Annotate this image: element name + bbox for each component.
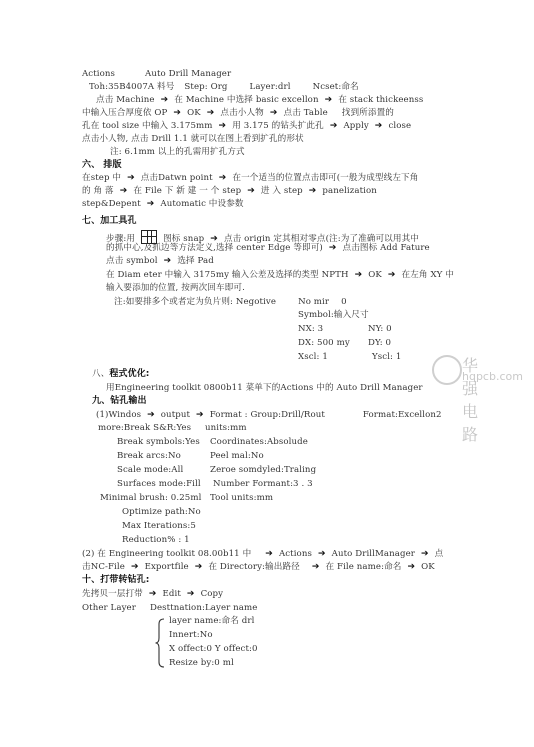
dx-value: DX: 500 my: [298, 338, 368, 349]
text: 在 Diam eter 中输入 3175my 输入公差及选择的类型 NPTH: [106, 270, 349, 280]
text: close: [388, 121, 411, 131]
text: 先拷贝一层打带: [82, 589, 143, 599]
text: Coordinates:Absolude: [210, 437, 308, 447]
intro-line-2: Toh:35B4007A 料号Step: OrgLayer:drlNcset:命…: [89, 82, 359, 93]
text: Desttnation:Layer name: [150, 603, 257, 613]
s9-line-4: Break arcs:NoPeel mal:No: [117, 451, 264, 462]
text: Auto Drill Manager: [145, 69, 231, 79]
text: Automatic 中设参数: [160, 199, 243, 209]
arrow-icon: ➔: [173, 108, 181, 119]
s7-line-5: 输入要添加的位置, 按两次回车即可.: [106, 283, 245, 294]
text: 点击小人物: [220, 108, 263, 118]
s9-line-2: more:Break S&R:Yesunits:mm: [98, 423, 247, 434]
s6-line-2: 的 角 落➔在 File 下 新 建 一 个 step➔进 入 step➔pan…: [82, 186, 377, 197]
text: Actions: [279, 549, 312, 559]
arrow-icon: ➔: [265, 549, 273, 560]
intro-line-6: 点击小人物, 点击 Drill 1.1 就可以在图上看到扩孔的形状: [82, 134, 304, 145]
text: Exportfile: [145, 562, 189, 572]
xscl-value: Xscl: 1: [298, 352, 372, 363]
text: Minimal brush: 0.25ml: [100, 493, 210, 504]
text: Actions: [82, 69, 115, 79]
section-number: 八、: [92, 369, 109, 379]
text: panelization: [322, 186, 377, 196]
section-10-heading: 十、打带转钻孔:: [82, 575, 149, 586]
arrow-icon: ➔: [120, 186, 128, 197]
section-9-heading: 九、钻孔输出: [92, 396, 147, 407]
nx-value: NX: 3: [298, 324, 368, 335]
text: step&Depent: [82, 199, 141, 209]
s6-line-3: step&Depent➔Automatic 中设参数: [82, 199, 244, 210]
intro-line-5: 孔在 tool size 中输入 3.175mm➔用 3.175 的钻头扩此孔➔…: [82, 121, 411, 132]
text: 点击 Table: [284, 108, 328, 118]
section-6-heading: 六、 排版: [82, 160, 122, 171]
s8-line-1: 用Engineering toolkit 0800b11 菜单下的Actions…: [106, 383, 423, 394]
arrow-icon: ➔: [329, 243, 337, 254]
intro-note: 注: 6.1mm 以上的孔需用扩孔方式: [110, 147, 245, 158]
s9-line-9: Max Iterations:5: [122, 521, 196, 532]
arrow-icon: ➔: [131, 562, 139, 573]
text: 点: [435, 549, 444, 559]
s7-line-3: 点击 symbol➔选择 Pad: [106, 256, 214, 267]
text: Peel mal:No: [210, 451, 264, 461]
text: Apply: [343, 121, 368, 131]
text: 点击图标 Add Fature: [343, 243, 430, 253]
text: 孔在 tool size 中输入 3.175mm: [82, 121, 213, 131]
arrow-icon: ➔: [309, 186, 317, 197]
text: 在 Machine 中选择 basic excellon: [174, 95, 318, 105]
arrow-icon: ➔: [127, 173, 135, 184]
yscl-value: Yscl: 1: [372, 352, 401, 362]
s10-line-2: Other LayerDesttnation:Layer name: [82, 603, 257, 614]
s10-line-1: 先拷贝一层打带➔Edit➔Copy: [82, 589, 223, 600]
arrow-icon: ➔: [147, 199, 155, 210]
s9-line-10: Reduction% : 1: [122, 535, 190, 546]
copy-option-offset: X offect:0 Y offect:0: [169, 644, 258, 655]
brace-icon: [155, 618, 165, 668]
intro-line-4: 中输入压合厚度依 OP➔OK➔点击小人物➔点击 Table找到所添置的: [82, 108, 394, 119]
text: OK: [368, 270, 382, 280]
text: (1)Windos: [96, 410, 141, 420]
arrow-icon: ➔: [161, 95, 169, 106]
copy-option-invert: Innert:No: [169, 630, 213, 641]
arrow-icon: ➔: [318, 549, 326, 560]
text: Break arcs:No: [117, 451, 210, 462]
arrow-icon: ➔: [330, 121, 338, 132]
arrow-icon: ➔: [196, 410, 204, 421]
text: 选择 Pad: [177, 256, 214, 266]
arrow-icon: ➔: [421, 549, 429, 560]
s7-line-4: 在 Diam eter 中输入 3175my 输入公差及选择的类型 NPTH➔O…: [106, 270, 454, 281]
text: 点击 Machine: [96, 95, 155, 105]
s7-line-2: 的抓中心,及抓边等方法定义,选择 center Edge 等即可)➔点击图标 A…: [106, 243, 430, 254]
text: Number Formant:3 . 3: [213, 479, 313, 489]
arrow-icon: ➔: [388, 270, 396, 281]
text: 进 入 step: [261, 186, 303, 196]
arrow-icon: ➔: [207, 108, 215, 119]
text: 在 stack thickeenss: [338, 95, 423, 105]
s7-note: 注:如要排多个或者定为负片则: NegotiveNo mir0: [114, 297, 347, 308]
s9-line-12: 击NC-File➔Exportfile➔在 Directory:输出路径➔在 F…: [82, 562, 435, 573]
text: 用 3.175 的钻头扩此孔: [232, 121, 324, 131]
text: 注:如要排多个或者定为负片则: Negotive: [114, 297, 276, 307]
arrow-icon: ➔: [164, 256, 172, 267]
arrow-icon: ➔: [325, 95, 333, 106]
arrow-icon: ➔: [149, 589, 157, 600]
arrow-icon: ➔: [219, 121, 227, 132]
s9-line-1: (1)Windos➔output➔Format : Group:Drill/Ro…: [96, 410, 442, 421]
text: 点击 symbol: [106, 256, 158, 266]
text: 0: [341, 297, 347, 307]
text: 找到所添置的: [342, 108, 394, 118]
s9-line-6: Surfaces mode:FillNumber Formant:3 . 3: [117, 479, 313, 490]
s9-line-3: Break symbols:YesCoordinates:Absolude: [117, 437, 308, 448]
watermark-en: hqpcb.com: [462, 370, 523, 383]
arrow-icon: ➔: [270, 108, 278, 119]
arrow-icon: ➔: [407, 562, 415, 573]
section-title: 程式优化:: [109, 369, 149, 379]
text: No mir: [298, 297, 329, 307]
text: Edit: [163, 589, 181, 599]
watermark-logo-icon: [432, 355, 462, 385]
text: Tool units:mm: [210, 493, 273, 503]
text: 在一个适当的位置点击即可(一般为成型线左下角: [232, 173, 418, 183]
text: 的 角 落: [82, 186, 114, 196]
dy-value: DY: 0: [368, 338, 391, 348]
text: 点击Datwn point: [141, 173, 213, 183]
arrow-icon: ➔: [247, 186, 255, 197]
text: units:mm: [205, 423, 247, 433]
arrow-icon: ➔: [187, 589, 195, 600]
text: Copy: [201, 589, 224, 599]
text: Scale mode:All: [117, 465, 210, 476]
section-7-heading: 七、加工具孔: [82, 216, 137, 227]
text: 中输入压合厚度依 OP: [82, 108, 167, 118]
text: Layer:drl: [250, 82, 291, 92]
copy-option-layer-name: layer name:命名 drl: [169, 616, 254, 627]
arrow-icon: ➔: [375, 121, 383, 132]
text: 的抓中心,及抓边等方法定义,选择 center Edge 等即可): [106, 243, 323, 253]
s9-line-8: Optimize path:No: [122, 507, 201, 518]
s9-line-7: Minimal brush: 0.25mlTool units:mm: [100, 493, 273, 504]
text: 在 File name:命名: [325, 562, 401, 572]
s7-scale: Xscl: 1Yscl: 1: [298, 352, 401, 363]
text: OK: [421, 562, 435, 572]
text: 击NC-File: [82, 562, 125, 572]
text: (2) 在 Engineering toolkit 08.00b11 中: [82, 549, 251, 559]
text: Format : Group:Drill/Rout: [210, 410, 325, 420]
text: 在step 中: [82, 173, 121, 183]
text: Ncset:命名: [313, 82, 359, 92]
text: Auto DrillManager: [332, 549, 415, 559]
text: Step: Org: [184, 82, 227, 92]
s9-line-5: Scale mode:AllZeroe somdyled:Traling: [117, 465, 316, 476]
arrow-icon: ➔: [195, 562, 203, 573]
s6-line-1: 在step 中➔点击Datwn point➔在一个适当的位置点击即可(一般为成型…: [82, 173, 418, 184]
text: 在 Directory:输出路径: [208, 562, 299, 572]
text: 在 File 下 新 建 一 个 step: [133, 186, 241, 196]
text: Toh:35B4007A 料号: [89, 82, 174, 92]
intro-line-3: 点击 Machine➔在 Machine 中选择 basic excellon➔…: [96, 95, 423, 106]
watermark-cn: 华强电路: [462, 353, 479, 445]
intro-line-1: ActionsAuto Drill Manager: [82, 69, 231, 80]
text: output: [161, 410, 190, 420]
text: Zeroe somdyled:Traling: [210, 465, 316, 475]
text: OK: [187, 108, 201, 118]
s7-dx-dy: DX: 500 myDY: 0: [298, 338, 391, 349]
text: Break symbols:Yes: [117, 437, 210, 448]
section-8-heading: 八、程式优化:: [92, 369, 150, 380]
snap-grid-icon: [141, 230, 157, 244]
text: Other Layer: [82, 603, 150, 614]
arrow-icon: ➔: [312, 562, 320, 573]
s7-symbol: Symbol:输入尺寸: [298, 310, 369, 321]
arrow-icon: ➔: [219, 173, 227, 184]
s9-line-11: (2) 在 Engineering toolkit 08.00b11 中➔Act…: [82, 549, 443, 560]
arrow-icon: ➔: [147, 410, 155, 421]
ny-value: NY: 0: [368, 324, 392, 334]
s7-nx-ny: NX: 3NY: 0: [298, 324, 392, 335]
text: Format:Excellon2: [363, 410, 442, 420]
text: more:Break S&R:Yes: [98, 423, 205, 434]
arrow-icon: ➔: [355, 270, 363, 281]
text: 在左角 XY 中: [402, 270, 454, 280]
text: Surfaces mode:Fill: [117, 479, 213, 490]
copy-option-resize: Resize by:0 ml: [169, 658, 234, 669]
